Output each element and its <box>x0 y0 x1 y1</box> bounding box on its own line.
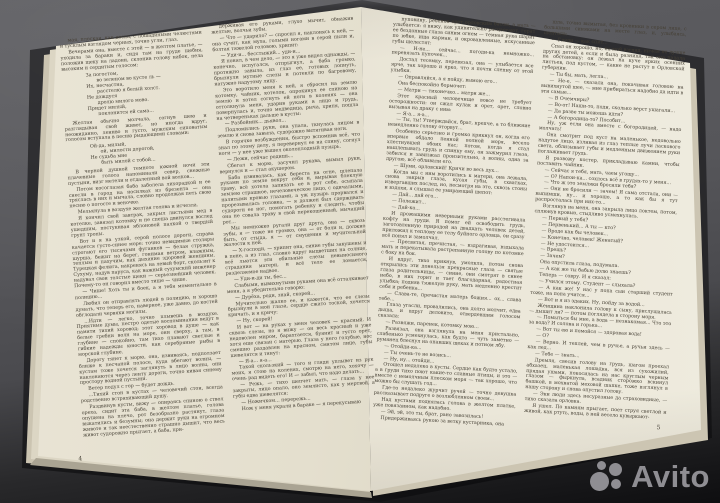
avito-circles-icon <box>590 460 624 494</box>
left-page-number: 4 <box>78 455 82 462</box>
avito-watermark: Avito <box>590 456 710 498</box>
verse-block: За погостом,во зеленом во кусте ль —Их, … <box>86 67 207 118</box>
paragraph: Вот и я на узкой, серой полосе дороги, с… <box>71 232 216 290</box>
right-page-column-2: шла, точно вымытая, без кровинки в сером… <box>522 20 687 459</box>
right-page-number: 5 <box>656 424 660 431</box>
left-page-column-2: держивая его руками, глухо мычит, обнажи… <box>211 16 379 456</box>
left-page-text: мая, плоская, как доска, с лошадиными че… <box>51 13 379 478</box>
book-photo-scene: { "colors": { "background_top": "#5e5e62… <box>0 0 720 503</box>
right-page-text: пуповину, ребенок орет орловским басом, … <box>365 10 688 469</box>
paragraph: Баба извивалась, как береста на огне, шл… <box>220 168 365 226</box>
paragraph: Раздвинув кусты, вижу — опираясь спиною … <box>81 397 225 439</box>
avito-label: Avito <box>631 459 710 495</box>
left-page-column-1: мая, плоская, как доска, с лошадиными че… <box>59 30 227 470</box>
right-page-column-1: пуповину, ребенок орет орловским басом, … <box>371 17 536 456</box>
